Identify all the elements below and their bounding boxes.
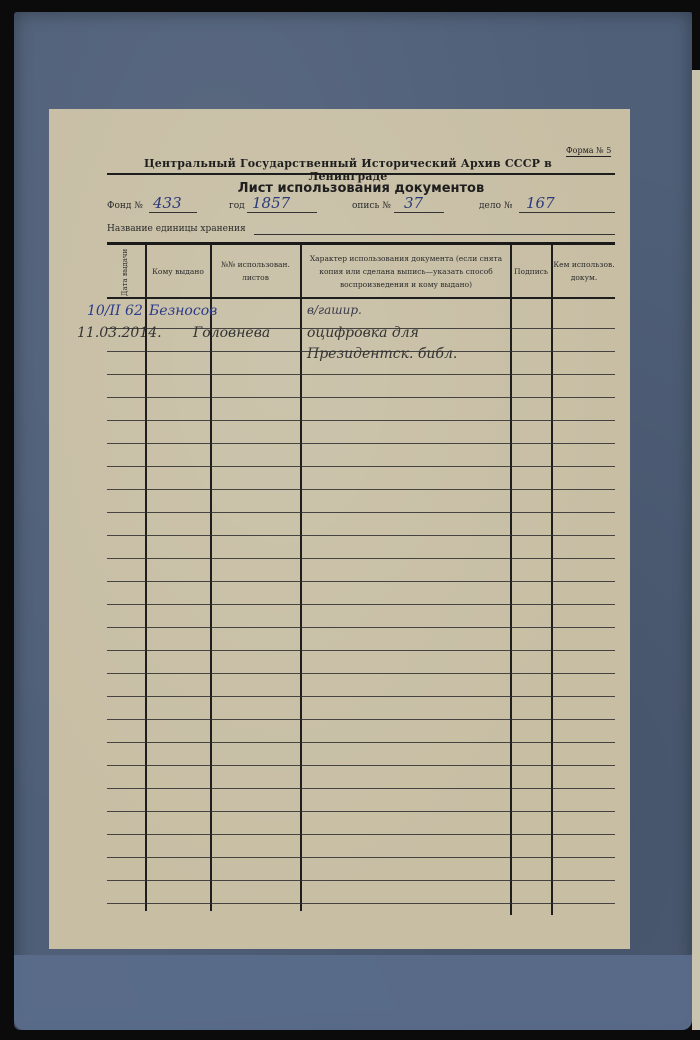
row-1-nature: в/гашир. (307, 303, 362, 317)
row-line (107, 719, 615, 720)
delo-label: дело № (479, 201, 512, 211)
folder-bottom-flap (14, 955, 692, 1030)
fond-underline (149, 212, 197, 213)
column-divider (510, 245, 512, 915)
row-line (107, 604, 615, 605)
row-line (107, 489, 615, 490)
document-usage-sheet: Форма № 5 Центральный Государственный Ис… (49, 109, 630, 949)
fond-label: Фонд № (107, 201, 143, 211)
row-2-date: 11.03.2014. (77, 325, 162, 341)
divider (107, 173, 615, 175)
form-number: Форма № 5 (566, 146, 611, 157)
delo-value: 167 (526, 194, 555, 212)
row-line (107, 696, 615, 697)
row-line (107, 535, 615, 536)
row-line (107, 880, 615, 881)
header-nature: Характер использования документа (если с… (303, 245, 509, 297)
opis-value: 37 (404, 194, 423, 212)
column-divider (551, 245, 553, 915)
row-3-nature: Президентск. библ. (307, 346, 457, 362)
row-line (107, 788, 615, 789)
row-line (107, 627, 615, 628)
row-line (107, 443, 615, 444)
row-line (107, 742, 615, 743)
row-2-nature: оцифровка для (307, 325, 419, 341)
row-line (107, 903, 615, 904)
row-line (107, 397, 615, 398)
row-2-to-whom: Головнева (193, 325, 270, 341)
unit-name-label: Название единицы хранения (107, 224, 246, 234)
year-label: год (229, 201, 245, 211)
row-1-date: 10/II 62 (87, 303, 143, 319)
row-line (107, 581, 615, 582)
header-signature: Подпись (512, 245, 550, 297)
row-line (107, 558, 615, 559)
row-line (107, 466, 615, 467)
header-date: Дата выдачи (109, 247, 143, 297)
year-value: 1857 (252, 194, 290, 212)
row-line (107, 673, 615, 674)
row-line (107, 811, 615, 812)
header-used-by: Кем использов. докум. (553, 245, 615, 297)
delo-underline (519, 212, 615, 213)
row-line (107, 374, 615, 375)
row-line (107, 420, 615, 421)
row-line (107, 834, 615, 835)
row-line (107, 765, 615, 766)
usage-table: Дата выдачи Кому выдано №№ использован. … (107, 245, 615, 915)
header-sheets: №№ использован. листов (212, 245, 299, 297)
row-line (107, 650, 615, 651)
row-1-to-whom: Безносов (149, 303, 217, 319)
year-underline (247, 212, 317, 213)
opis-label: опись № (352, 201, 391, 211)
row-line (107, 857, 615, 858)
header-to-whom: Кому выдано (147, 245, 209, 297)
row-line (107, 512, 615, 513)
adjacent-page-edge (692, 70, 700, 1030)
fond-value: 433 (153, 194, 182, 212)
opis-underline (394, 212, 444, 213)
archive-name: Центральный Государственный Исторический… (109, 157, 587, 183)
header-bottom-border (107, 297, 615, 299)
unit-name-field (254, 234, 615, 235)
